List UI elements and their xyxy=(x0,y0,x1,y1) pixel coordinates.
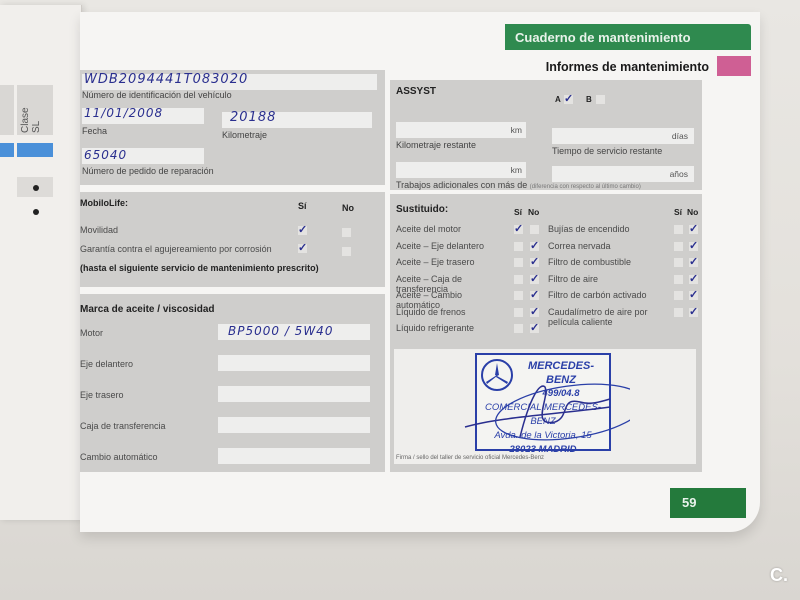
replaced-yes-checkbox[interactable] xyxy=(674,308,683,317)
check-icon: ✓ xyxy=(530,241,539,251)
signature-scribble xyxy=(460,367,630,447)
check-icon: ✓ xyxy=(564,94,573,104)
check-icon: ✓ xyxy=(530,257,539,267)
repair-order-label: Número de pedido de reparación xyxy=(82,166,214,176)
km-remaining-field[interactable]: km xyxy=(396,122,526,138)
vin-label: Número de identificación del vehículo xyxy=(82,90,232,100)
repair-order-field[interactable]: 65040 xyxy=(82,148,204,164)
extra-work-text: Trabajos adicionales con más de xyxy=(396,180,527,190)
replaced-yes-checkbox[interactable] xyxy=(514,308,523,317)
replaced-col-no-right: No xyxy=(687,207,698,217)
oil-row-label: Caja de transferencia xyxy=(80,421,166,431)
replaced-yes-checkbox[interactable] xyxy=(514,258,523,267)
mobilolife-row-label: Garantía contra el agujereamiento por co… xyxy=(80,244,272,254)
check-icon: ✓ xyxy=(530,274,539,284)
vin-field[interactable]: WDB2094441T083020 xyxy=(82,74,377,90)
oil-value-field[interactable] xyxy=(218,448,370,464)
mobilolife-col-no: No xyxy=(342,203,354,213)
stamp-panel: MERCEDES-BENZ 499/04.8 COMERCIAL MERCEDE… xyxy=(390,347,702,472)
replaced-row-label: Filtro de carbón activado xyxy=(548,290,668,300)
oil-row-label: Motor xyxy=(80,328,103,338)
days-remaining-field[interactable]: días xyxy=(552,128,694,144)
oil-row-label: Eje delantero xyxy=(80,359,133,369)
mileage-field[interactable]: 20188 xyxy=(222,112,372,128)
bullet-icon xyxy=(33,209,39,215)
oil-value-field[interactable] xyxy=(218,386,370,402)
check-icon: ✓ xyxy=(689,257,698,267)
left-page-column xyxy=(0,85,14,135)
oil-value-field[interactable] xyxy=(218,355,370,371)
oil-value-field[interactable]: BP5000 / 5W40 xyxy=(218,324,370,340)
section-subheader: Informes de mantenimiento xyxy=(505,56,717,78)
left-page-blue-bar xyxy=(0,143,14,157)
page-number: 59 xyxy=(670,488,746,518)
check-icon: ✓ xyxy=(689,290,698,300)
replaced-yes-checkbox[interactable] xyxy=(674,242,683,251)
mileage-value: 20188 xyxy=(230,110,276,125)
replaced-col-no: No xyxy=(528,207,539,217)
replaced-row-label: Filtro de aire xyxy=(548,274,668,284)
check-icon: ✓ xyxy=(530,307,539,317)
days-remaining-label: Tiempo de servicio restante xyxy=(552,146,662,156)
left-page: Clase SL xyxy=(0,5,82,520)
days-unit: días xyxy=(672,131,688,141)
mobilolife-col-yes: Sí xyxy=(298,201,307,211)
oil-value: BP5000 / 5W40 xyxy=(228,324,333,338)
replaced-row-label: Líquido refrigerante xyxy=(396,323,508,333)
date-label: Fecha xyxy=(82,126,107,136)
years-unit: años xyxy=(670,169,688,179)
mobilolife-title: MobiloLife: xyxy=(80,198,128,208)
assyst-option-b-checkbox[interactable] xyxy=(596,95,605,104)
check-icon: ✓ xyxy=(298,225,307,235)
replaced-row-label: Bujías de encendido xyxy=(548,224,668,234)
replaced-yes-checkbox[interactable] xyxy=(674,225,683,234)
mileage-label: Kilometraje xyxy=(222,130,267,140)
replaced-yes-checkbox[interactable] xyxy=(514,291,523,300)
check-icon: ✓ xyxy=(298,243,307,253)
extra-work-note: (diferencia con respecto al último cambi… xyxy=(530,184,641,190)
km-remaining-label: Kilometraje restante xyxy=(396,140,476,150)
replaced-row-label: Correa nervada xyxy=(548,241,668,251)
vehicle-info-panel: WDB2094441T083020 Número de identificaci… xyxy=(80,70,385,185)
replaced-yes-checkbox[interactable] xyxy=(674,291,683,300)
replaced-row-label: Aceite del motor xyxy=(396,224,508,234)
class-label: Clase SL xyxy=(20,93,50,133)
assyst-title: ASSYST xyxy=(396,86,436,97)
assyst-panel: ASSYST A ✓ B km Kilometraje restante día… xyxy=(390,80,702,190)
replaced-panel: Sustituido: Sí No Sí No Aceite del motor… xyxy=(390,194,702,349)
vin-value: WDB2094441T083020 xyxy=(84,72,248,87)
replaced-row-label: Aceite – Eje trasero xyxy=(396,257,508,267)
replaced-yes-checkbox[interactable] xyxy=(674,275,683,284)
replaced-yes-checkbox[interactable] xyxy=(514,324,523,333)
replaced-yes-checkbox[interactable] xyxy=(674,258,683,267)
replaced-row-label: Líquido de frenos xyxy=(396,307,508,317)
mobilolife-note: (hasta el siguiente servicio de mantenim… xyxy=(80,263,319,273)
bullet-icon xyxy=(33,185,39,191)
replaced-row-label: Caudalímetro de aire por película calien… xyxy=(548,307,668,327)
check-icon: ✓ xyxy=(514,224,523,234)
repair-order-value: 65040 xyxy=(84,148,127,162)
date-field[interactable]: 11/01/2008 xyxy=(82,108,204,124)
replaced-row-label: Aceite – Eje delantero xyxy=(396,241,508,251)
mobilolife-panel: MobiloLife: Sí No Movilidad ✓ Garantía c… xyxy=(80,192,385,287)
section-header: Cuaderno de mantenimiento xyxy=(505,24,751,50)
check-icon: ✓ xyxy=(689,224,698,234)
assyst-option-a-label: A xyxy=(555,95,561,104)
replaced-row-label: Filtro de combustible xyxy=(548,257,668,267)
date-value: 11/01/2008 xyxy=(84,106,163,120)
replaced-title: Sustituido: xyxy=(396,204,448,215)
watermark: C. xyxy=(770,565,788,586)
pink-tab-marker xyxy=(717,56,751,76)
mobilolife-no-checkbox[interactable] xyxy=(342,228,351,237)
oil-title: Marca de aceite / viscosidad xyxy=(80,304,215,315)
extra-km-unit: km xyxy=(511,165,522,175)
extra-work-label: Trabajos adicionales con más de (diferen… xyxy=(396,180,641,190)
oil-value-field[interactable] xyxy=(218,417,370,433)
mobilolife-row-label: Movilidad xyxy=(80,225,118,235)
km-unit: km xyxy=(511,125,522,135)
check-icon: ✓ xyxy=(530,290,539,300)
replaced-col-yes: Sí xyxy=(514,207,522,217)
mobilolife-no-checkbox[interactable] xyxy=(342,247,351,256)
check-icon: ✓ xyxy=(689,307,698,317)
replaced-col-yes-right: Sí xyxy=(674,207,682,217)
check-icon: ✓ xyxy=(530,323,539,333)
check-icon: ✓ xyxy=(689,274,698,284)
replaced-yes-checkbox[interactable] xyxy=(514,275,523,284)
oil-panel: Marca de aceite / viscosidad MotorBP5000… xyxy=(80,294,385,472)
check-icon: ✓ xyxy=(689,241,698,251)
maintenance-page: Cuaderno de mantenimiento Informes de ma… xyxy=(80,12,760,532)
left-page-blue-bar xyxy=(17,143,53,157)
replaced-no-checkbox[interactable] xyxy=(530,225,539,234)
extra-km-field[interactable]: km xyxy=(396,162,526,178)
oil-row-label: Cambio automático xyxy=(80,452,158,462)
oil-row-label: Eje trasero xyxy=(80,390,124,400)
assyst-option-b-label: B xyxy=(586,95,592,104)
replaced-yes-checkbox[interactable] xyxy=(514,242,523,251)
stamp-caption: Firma / sello del taller de servicio ofi… xyxy=(396,455,544,461)
